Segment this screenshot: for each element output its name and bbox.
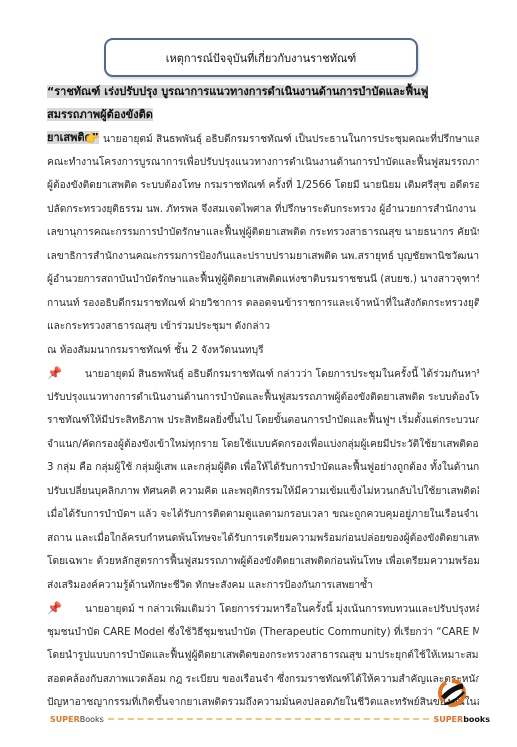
page-title: เหตุการณ์ปัจจุบันที่เกี่ยวกับงานราชทัณฑ์ bbox=[166, 49, 357, 67]
paragraph-line: ณ ห้องสัมมนากรมราชทัณฑ์ ชั้น 2 จังหวัดนน… bbox=[47, 339, 479, 363]
paragraph-line: เลขานุการคณะกรรมการบำบัดรักษาและฟื้นฟูผู… bbox=[47, 221, 479, 245]
paragraph-line: ผู้ต้องขังติดยาเสพติด ระบบต้องโทษ กรมราช… bbox=[47, 174, 479, 198]
paragraph-line: เมื่อได้รับการบำบัดฯ แล้ว จะได้รับการติด… bbox=[47, 503, 479, 527]
paragraph-line: ส่งเสริมองค์ความรู้ด้านทักษะชีวิต ทักษะส… bbox=[47, 574, 479, 598]
page-footer: SUPERBooks SUPERbooks bbox=[50, 711, 490, 727]
superbooks-logo-icon bbox=[437, 678, 467, 708]
footer-divider bbox=[108, 718, 430, 720]
pushpin-icon: 📌 bbox=[47, 597, 85, 621]
headline-line-1: “ราชทัณฑ์ เร่งปรับปรุง บูรณาการแนวทางการ… bbox=[47, 85, 428, 121]
footer-brand-left: SUPERBooks bbox=[50, 715, 104, 724]
page-title-box: เหตุการณ์ปัจจุบันที่เกี่ยวกับงานราชทัณฑ์ bbox=[104, 38, 418, 77]
paragraph-line: สอดคล้องกับสภาพแวดล้อม กฎ ระเบียบ ของเรื… bbox=[47, 668, 479, 692]
paragraph-line: เลขาธิการสำนักงานคณะกรรมการป้องกันและปรา… bbox=[47, 245, 479, 269]
paragraph-line: ราชทัณฑ์ให้มีประสิทธิภาพ ประสิทธิผลยิ่งข… bbox=[47, 409, 479, 433]
paragraph-line: และกระทรวงสาธารณสุข เข้าร่วมประชุมฯ ดังก… bbox=[47, 315, 479, 339]
paragraph-line: โดยนำรูปแบบการบำบัดและฟื้นฟูผู้ติดยาเสพต… bbox=[47, 644, 479, 668]
article-body: 👉นายอายุตม์ สินธพพันธุ์ อธิบดีกรมราชทัณฑ… bbox=[47, 127, 479, 715]
paragraph-line: 3 กลุ่ม คือ กลุ่มผู้ใช้ กลุ่มผู้เสพ และก… bbox=[47, 456, 479, 480]
paragraph-line: จำแนก/คัดกรองผู้ต้องขังเข้าใหม่ทุกราย โด… bbox=[47, 433, 479, 457]
paragraph-line: ปลัดกระทรวงยุติธรรม นพ. ภัทรพล จึงสมเจตไ… bbox=[47, 198, 479, 222]
paragraph-line: 👉นายอายุตม์ สินธพพันธุ์ อธิบดีกรมราชทัณฑ… bbox=[47, 127, 479, 151]
pushpin-icon: 📌 bbox=[47, 362, 85, 386]
paragraph-line: โดยเฉพาะ ด้วยหลักสูตรการฟื้นฟูสมรรถภาพผู… bbox=[47, 550, 479, 574]
paragraph-line: คณะทำงานโครงการบูรณาการเพื่อปรับปรุงแนวท… bbox=[47, 151, 479, 175]
paragraph-line: ปรับเปลี่ยนบุคลิกภาพ ทัศนคติ ความคิด และ… bbox=[47, 480, 479, 504]
paragraph-line: กานนท์ รองอธิบดีกรมราชทัณฑ์ ฝ่ายวิชาการ … bbox=[47, 292, 479, 316]
paragraph-line: 📌นายอายุตม์ ฯ กล่าวเพิ่มเติมว่า โดยการร่… bbox=[47, 597, 479, 621]
paragraph-line: ปรับปรุงแนวทางการดำเนินงานด้านการบำบัดแล… bbox=[47, 386, 479, 410]
pointing-hand-icon: 👉 bbox=[85, 131, 100, 145]
footer-brand-right: SUPERbooks bbox=[433, 715, 490, 724]
paragraph-line: ผู้อำนวยการสถาบันบำบัดรักษาและฟื้นฟูผู้ต… bbox=[47, 268, 479, 292]
paragraph-line: ชุมชนบำบัด CARE Model ซึ่งใช้วิธีชุมชนบำ… bbox=[47, 621, 479, 645]
paragraph-line: 📌นายอายุตม์ สินธพพันธุ์ อธิบดีกรมราชทัณฑ… bbox=[47, 362, 479, 386]
paragraph-line: สถาน และเมื่อใกล้ครบกำหนดพ้นโทษจะได้รับก… bbox=[47, 527, 479, 551]
